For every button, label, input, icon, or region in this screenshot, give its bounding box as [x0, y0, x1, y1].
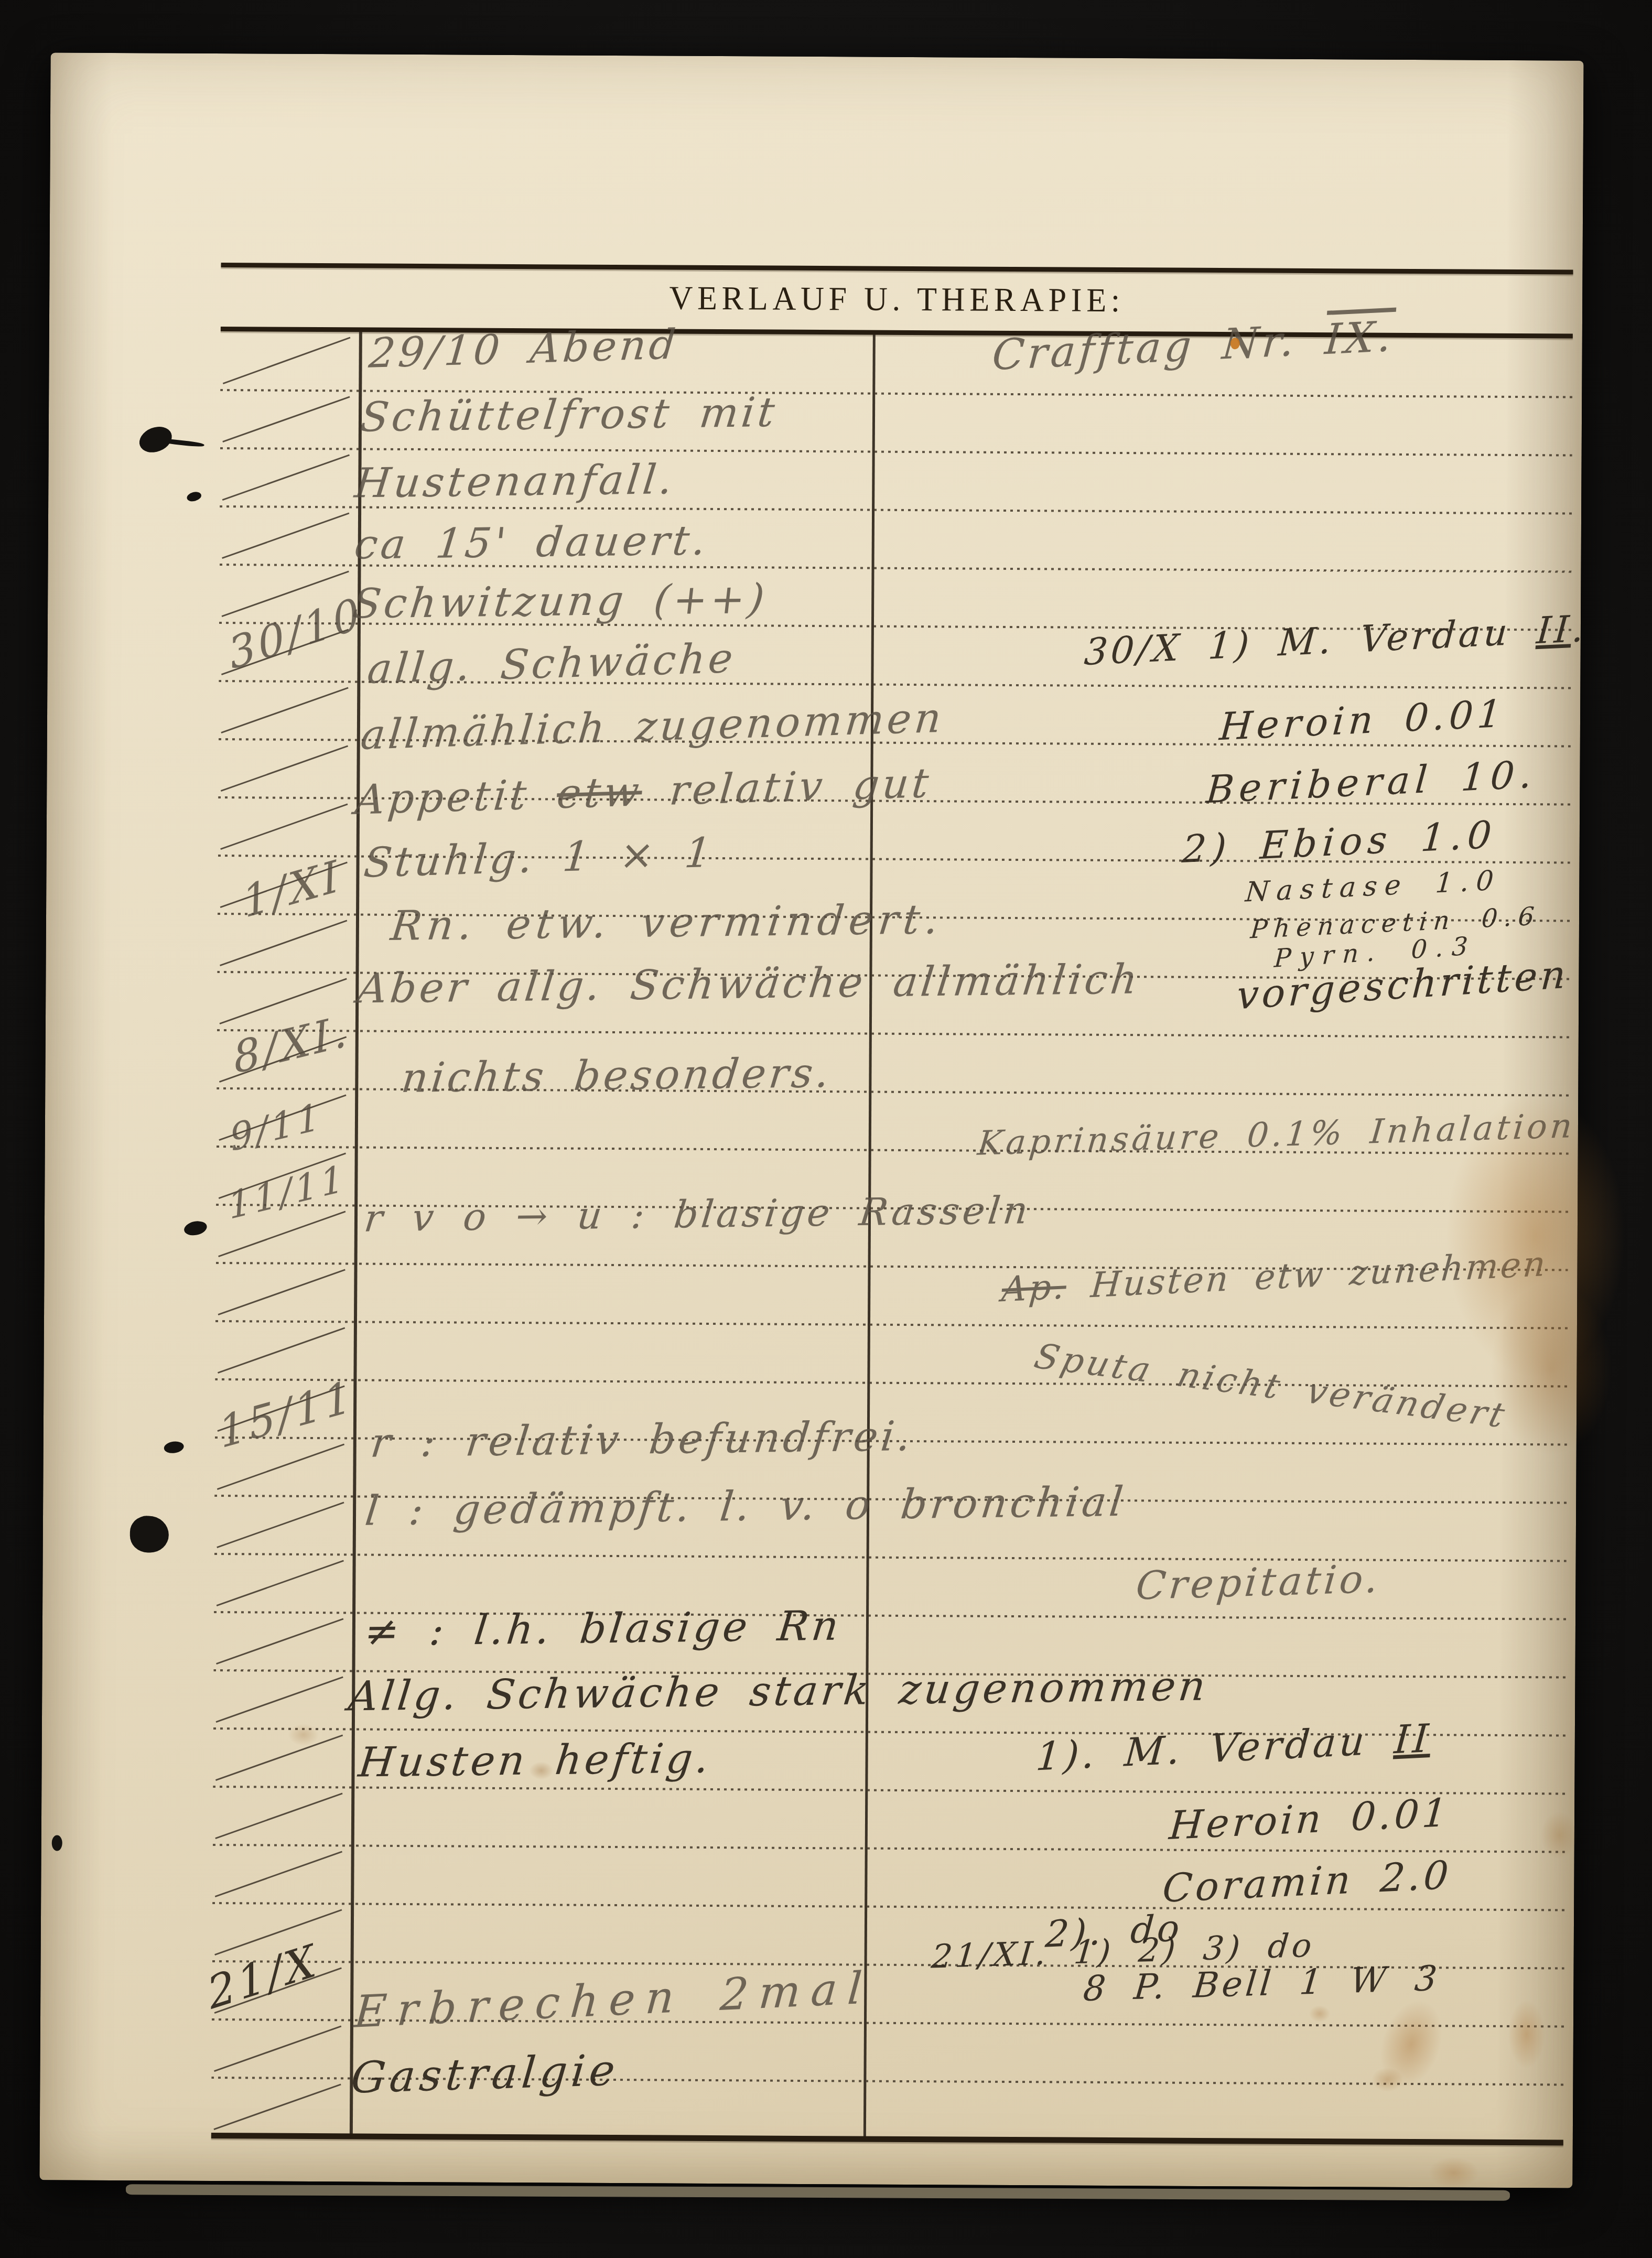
- ink-blot: [163, 1440, 185, 1454]
- handwriting-line: Erbrechen 2mal: [353, 1965, 874, 2034]
- handwriting-segment: Husten etw zunehmen: [1065, 1244, 1549, 1307]
- handwriting-segment: 30/X 1) M. Verdau: [1083, 609, 1538, 674]
- dotted-row-line: [216, 1204, 1568, 1213]
- handwriting-layer: 29/10 AbendSchüttelfrost mitHustenanfall…: [51, 52, 1584, 60]
- stain-speck: [1230, 338, 1240, 349]
- handwriting-line: vorgeschritten: [1236, 955, 1570, 1015]
- date-cell-slash: [219, 1152, 346, 1199]
- dotted-row-line: [218, 855, 1570, 864]
- dotted-row-line: [220, 564, 1572, 573]
- handwriting-segment: II: [1392, 1716, 1433, 1763]
- handwriting-segment: Ap.: [1000, 1266, 1068, 1310]
- handwriting-line: l : gedämpft. l. v. o bronchial: [363, 1482, 1128, 1532]
- handwriting-line: Rn. etw. vermindert.: [389, 899, 946, 947]
- date-cell-slash: [216, 1618, 343, 1665]
- stain: [1429, 2157, 1478, 2188]
- handwriting-line: Crepitatio.: [1135, 1559, 1383, 1605]
- handwriting-line: Schüttelfrost mit: [359, 392, 780, 438]
- date-cell-slash: [222, 512, 349, 559]
- date-cell-slash: [217, 1385, 344, 1432]
- dotted-row-line: [219, 622, 1571, 631]
- date-cell-slash: [220, 920, 347, 966]
- dotted-row-line: [219, 680, 1571, 689]
- stain: [1372, 2068, 1403, 2092]
- dotted-row-line: [214, 1495, 1567, 1504]
- handwriting-segment: IX.: [1323, 312, 1396, 364]
- date-cell-slash: [215, 1734, 343, 1781]
- dotted-row-line: [213, 1727, 1565, 1737]
- ink-blot-tail: [156, 438, 204, 448]
- dotted-row-line: [214, 1611, 1566, 1620]
- handwriting-line: Beriberal 10.: [1205, 755, 1538, 808]
- handwriting-line: Appetit etw relativ gut: [353, 763, 933, 821]
- table-bottom-rule: [211, 2133, 1563, 2146]
- date-cell-slash: [223, 337, 350, 384]
- dotted-row-line: [217, 1146, 1569, 1155]
- handwriting-line: Pyrn. 0.3: [1273, 933, 1477, 971]
- handwriting-line: 1). M. Verdau II: [1034, 1719, 1433, 1777]
- handwriting-line: 21/X: [204, 1937, 321, 2016]
- date-cell-slash: [221, 629, 349, 675]
- ink-blot: [183, 1219, 208, 1237]
- header-rule-bottom: [221, 327, 1573, 339]
- date-cell-slash: [219, 978, 347, 1024]
- handwriting-line: Schwitzung (++): [351, 579, 770, 625]
- stain: [1370, 1993, 1453, 2095]
- dotted-row-line: [220, 447, 1572, 457]
- dotted-row-line: [216, 1262, 1568, 1271]
- handwriting-line: r v o → u : blasige Rasseln: [362, 1191, 1033, 1237]
- photo-background: VERLAUF U. THERAPIE: 29/10 AbendSchüttel…: [0, 0, 1652, 2258]
- date-cell-slash: [222, 396, 350, 442]
- date-cell-slash: [221, 745, 348, 792]
- handwriting-line: Crafftag Nr. IX.: [991, 316, 1396, 377]
- handwriting-line: ca 15' dauert.: [352, 520, 710, 565]
- dotted-row-line: [213, 1669, 1565, 1679]
- handwriting-segment: .: [1570, 607, 1588, 651]
- handwriting-line: 11/11: [226, 1159, 348, 1225]
- handwriting-line: Coramin 2.0: [1161, 1856, 1453, 1908]
- handwriting-segment: relativ gut: [640, 760, 933, 816]
- date-cell-slash: [217, 1560, 344, 1606]
- handwriting-line: Phenacetin 0.6: [1249, 903, 1541, 942]
- handwriting-line: Aber allg. Schwäche allmählich: [355, 959, 1142, 1009]
- handwriting-line: Ap. Husten etw zunehmen: [1001, 1247, 1549, 1307]
- header-rule-top: [221, 263, 1573, 275]
- dotted-row-line: [220, 505, 1572, 515]
- stain: [288, 1724, 319, 1746]
- handwriting-line: Heroin 0.01: [1168, 1793, 1452, 1845]
- stain: [1309, 2005, 1330, 2022]
- handwriting-line: Gastralgie: [349, 2049, 621, 2100]
- date-cell-slash: [219, 1036, 347, 1083]
- handwriting-segment: Crafftag Nr.: [990, 315, 1326, 380]
- stain: [1491, 1282, 1612, 1455]
- date-cell-slash: [218, 1327, 345, 1374]
- date-cell-slash: [217, 1443, 344, 1490]
- dotted-row-line: [217, 1087, 1569, 1097]
- date-cell-slash: [222, 454, 350, 501]
- date-cell-slash: [220, 803, 348, 850]
- date-cell-slash: [219, 1094, 346, 1141]
- date-cell-slash: [220, 861, 348, 908]
- stain: [1508, 2000, 1546, 2068]
- date-cell-slash: [215, 1792, 342, 1839]
- dotted-row-line: [218, 913, 1570, 922]
- date-cell-slash: [215, 1851, 342, 1897]
- handwriting-line: 30/10: [225, 591, 366, 676]
- dotted-row-line: [211, 2077, 1563, 2086]
- dotted-row-line: [212, 1960, 1564, 1970]
- dotted-row-line: [213, 1844, 1565, 1853]
- stain: [529, 1762, 553, 1779]
- dotted-row-line: [218, 796, 1570, 806]
- date-cell-slash: [213, 2083, 341, 2130]
- handwriting-line: 15/11: [216, 1375, 357, 1455]
- stain: [1445, 1094, 1625, 1378]
- dotted-row-line: [212, 2018, 1564, 2028]
- dotted-row-line: [217, 971, 1569, 980]
- date-cell-slash: [214, 2025, 341, 2072]
- dotted-row-line: [213, 1786, 1565, 1795]
- handwriting-line: 2). do: [1044, 1909, 1184, 1953]
- dotted-row-line: [212, 1902, 1564, 1911]
- document-page: VERLAUF U. THERAPIE: 29/10 AbendSchüttel…: [39, 52, 1583, 2188]
- therapy-table: [51, 52, 1584, 60]
- date-cell-slash: [222, 570, 349, 617]
- date-cell-slash: [215, 1676, 343, 1723]
- handwriting-line: Heroin 0.01: [1218, 694, 1507, 746]
- date-cell-slash: [221, 687, 348, 733]
- paper-bottom-edge: [126, 2184, 1510, 2201]
- handwriting-line: Hustenanfall.: [353, 459, 677, 504]
- date-cell-slash: [218, 1211, 345, 1257]
- date-column-divider: [350, 331, 362, 2136]
- date-cell-slash: [217, 1501, 344, 1548]
- dotted-row-line: [215, 1436, 1567, 1446]
- dotted-row-line: [214, 1553, 1567, 1562]
- center-column-divider: [863, 334, 876, 2140]
- handwriting-line: Husten heftig.: [357, 1738, 714, 1783]
- dotted-row-line: [217, 1029, 1569, 1039]
- handwriting-segment: etw: [555, 768, 644, 818]
- ink-blot: [136, 422, 176, 457]
- dotted-row-line: [220, 389, 1572, 398]
- page-title: VERLAUF U. THERAPIE:: [241, 279, 1553, 319]
- dotted-row-line: [215, 1378, 1567, 1388]
- date-cell-slash: [218, 1269, 345, 1315]
- date-cell-slash: [214, 1967, 342, 2014]
- date-cell-slash: [214, 1909, 342, 1956]
- edge-mark: [52, 1835, 62, 1851]
- dotted-row-line: [219, 738, 1571, 748]
- ink-blot: [186, 491, 202, 503]
- handwriting-line: allmählich zugenommen: [359, 697, 946, 755]
- dotted-row-line: [215, 1320, 1568, 1330]
- handwriting-segment: 1). M. Verdau: [1034, 1717, 1396, 1780]
- punch-hole: [130, 1516, 169, 1552]
- handwriting-line: 30/X 1) M. Verdau II.: [1083, 610, 1589, 671]
- handwriting-line: Nastase 1.0: [1244, 867, 1502, 906]
